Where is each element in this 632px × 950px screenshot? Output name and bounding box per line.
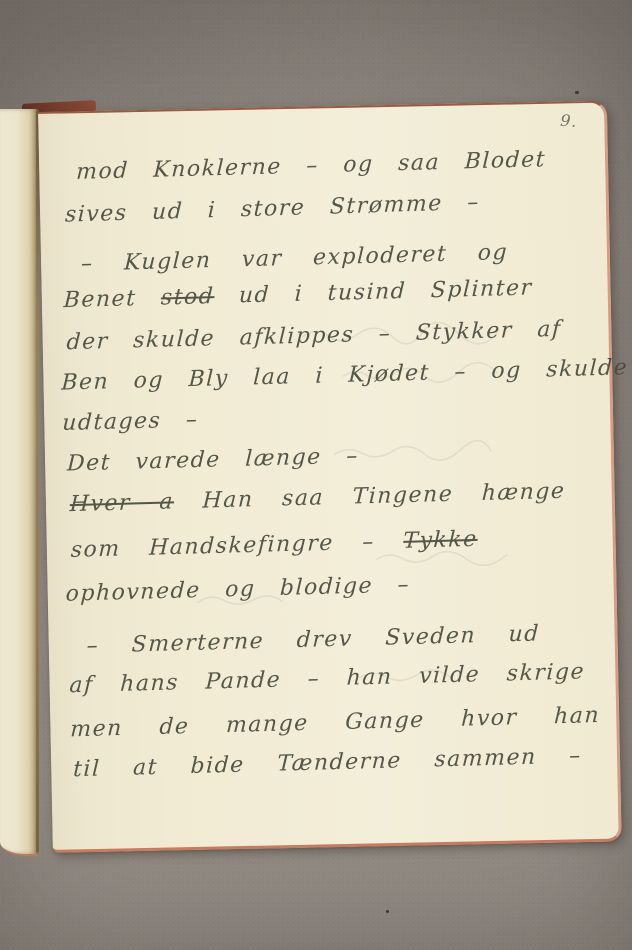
handwriting-line: sives ud i store Strømme – <box>64 188 480 231</box>
handwriting-line: men de mange Gange hvor han <box>70 701 601 745</box>
handwriting-line: af hans Pande – han vilde skrige <box>69 657 586 701</box>
handwriting-line: til at bide Tænderne sammen – <box>72 741 582 785</box>
line-text: men de mange Gange hvor han <box>70 703 601 742</box>
line-text: som Handskefingre – <box>70 529 404 563</box>
line-text: ud i tusind Splinter <box>214 275 533 309</box>
struck-word: Hver a <box>69 489 174 517</box>
dust-speck <box>575 91 579 94</box>
dust-speck <box>386 910 389 913</box>
handwriting-line: Benet stod ud i tusind Splinter <box>63 273 533 316</box>
line-text: udtages – <box>62 407 199 436</box>
line-text: ophovnede og blodige – <box>65 572 410 606</box>
handwriting-line: som Handskefingre – Tykke <box>70 525 478 566</box>
handwriting-line: ophovnede og blodige – <box>65 570 411 609</box>
line-text: Det varede længe – <box>66 444 359 477</box>
handwriting-line: – Kuglen var exploderet og <box>80 238 508 280</box>
notebook-page: 9. mod Knoklerne – og saa Blodet sives u… <box>38 101 622 853</box>
handwriting-line: der skulde afklippes – Stykker af <box>66 315 562 358</box>
line-text: sives ud i store Strømme – <box>64 190 480 228</box>
page-number: 9. <box>560 111 579 131</box>
line-text: der skulde afklippes – Stykker af <box>66 317 562 355</box>
line-text: Han saa Tingene hænge <box>174 479 566 515</box>
handwriting-line: Det varede længe – <box>66 442 359 480</box>
line-text: af hans Pande – han vilde skrige <box>69 659 586 698</box>
gutter-shadow <box>36 110 39 852</box>
struck-word: stod <box>160 284 215 310</box>
facing-page-edge <box>0 109 38 856</box>
handwriting-line: Ben og Bly laa i Kjødet – og skulde <box>61 353 629 398</box>
line-text: Benet <box>63 286 161 314</box>
line-text: Ben og Bly laa i Kjødet – og skulde <box>61 355 629 395</box>
struck-word: Tykke <box>403 527 478 554</box>
line-text: – Smerterne drev Sveden ud <box>86 621 540 658</box>
line-text: mod Knoklerne – og saa Blodet <box>76 147 547 185</box>
handwriting-line: – Smerterne drev Sveden ud <box>86 619 540 661</box>
handwriting-line: udtages – <box>62 405 199 439</box>
handwriting-line: mod Knoklerne – og saa Blodet <box>75 145 546 188</box>
handwriting-line: Hver a Han saa Tingene hænge <box>69 477 566 520</box>
line-text: til at bide Tænderne sammen – <box>73 743 583 782</box>
line-text: – Kuglen var exploderet og <box>80 240 508 277</box>
